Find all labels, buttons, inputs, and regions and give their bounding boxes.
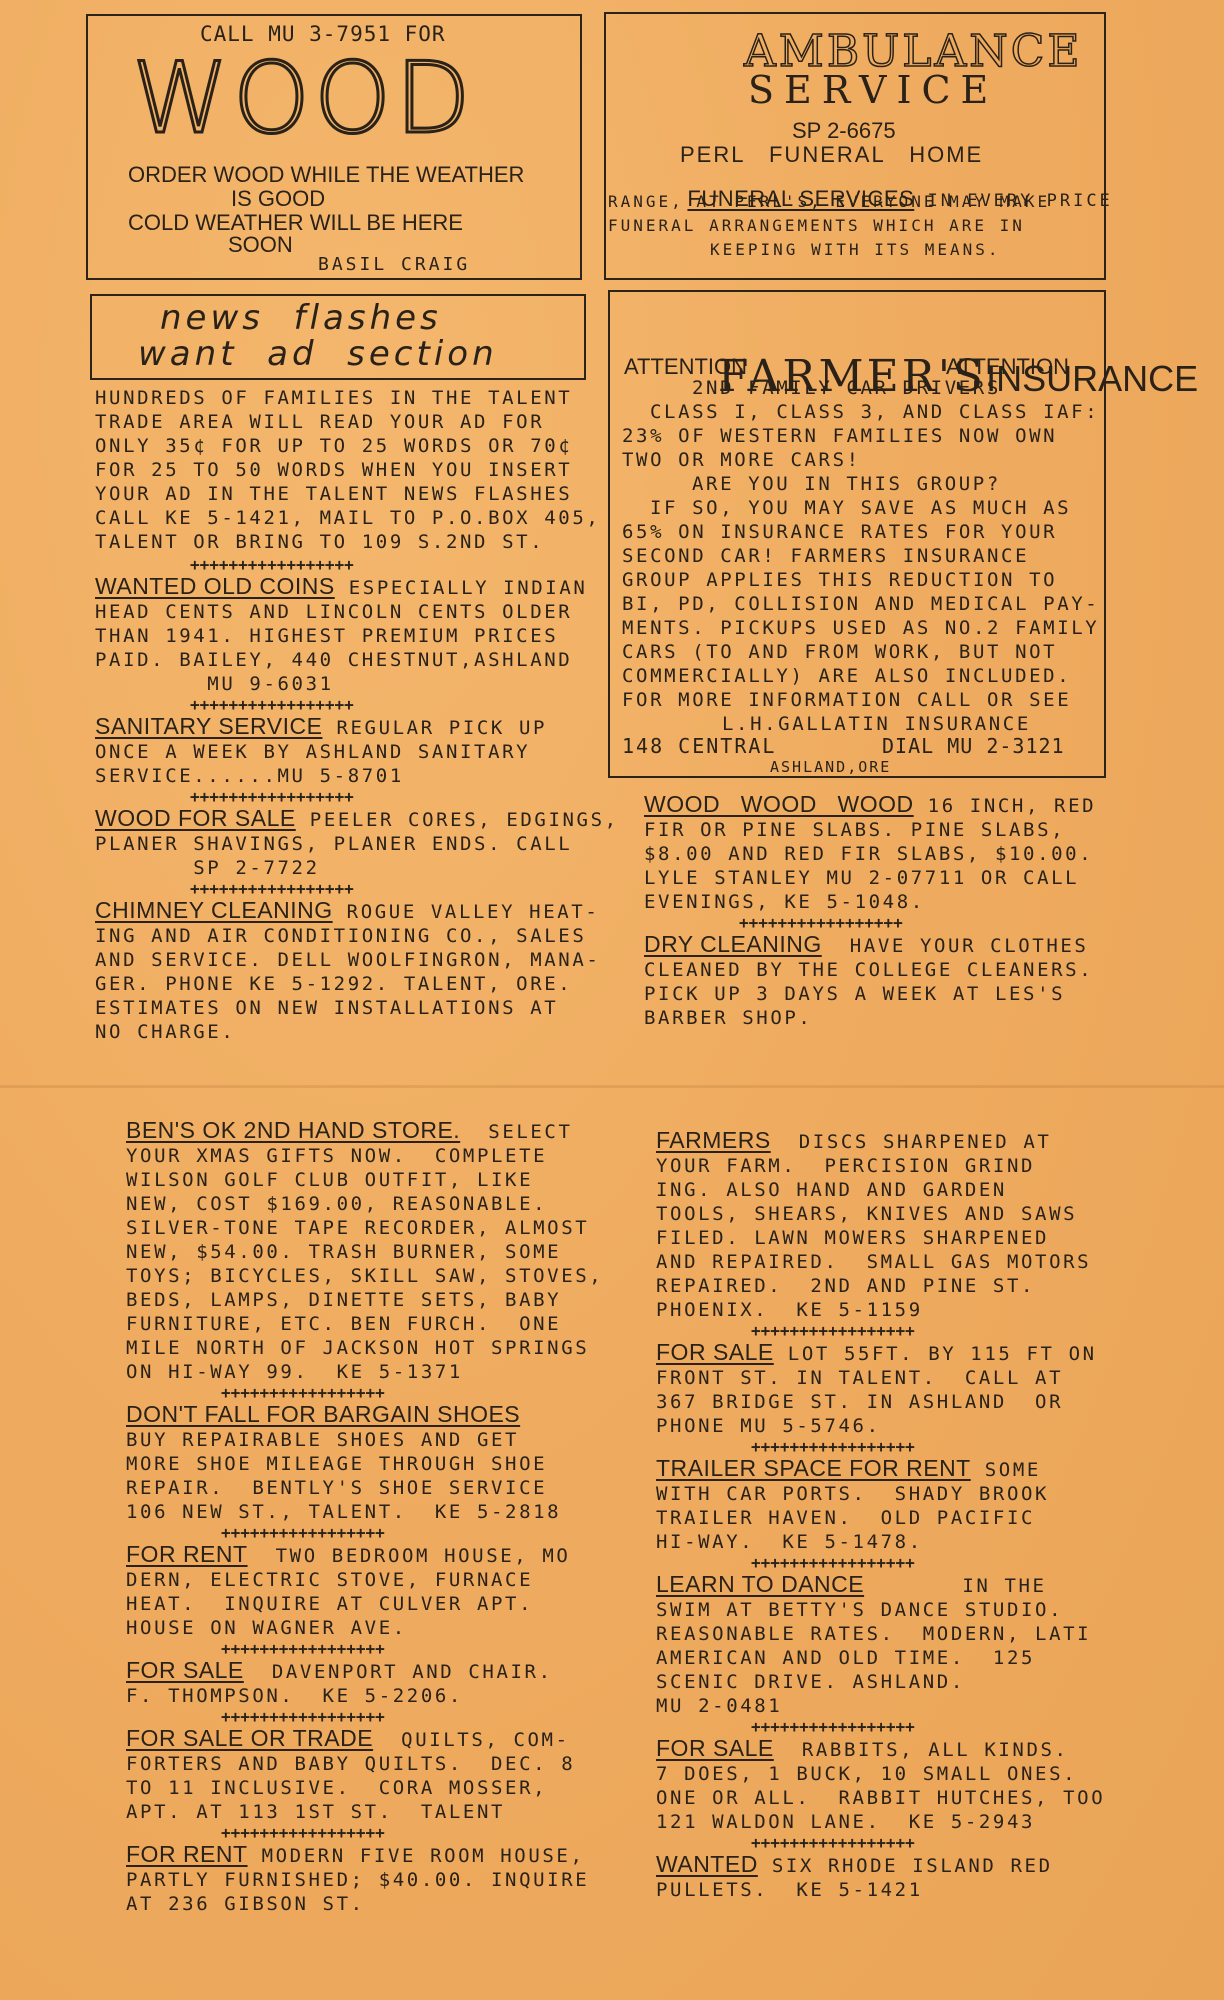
intro-line: Hundreds of families in the Talent	[95, 386, 605, 410]
separator: +++++++++++++++++	[126, 1824, 626, 1842]
classified-ad: TRAILER SPACE FOR RENT somewith car port…	[656, 1456, 1136, 1554]
farmers-line: two or more cars!	[622, 448, 1099, 472]
classified-ad: FOR SALE Lot 55ft. by 115 ft onFront St.…	[656, 1340, 1136, 1438]
ad-title: FOR RENT	[126, 1841, 248, 1867]
ad-line: Hi-way. KE 5-1478.	[656, 1530, 1136, 1554]
ad-line: no charge.	[95, 1020, 615, 1044]
ad-title: WOOD WOOD WOOD	[644, 791, 914, 817]
ad-line: forters and baby quilts. Dec. 8	[126, 1752, 626, 1776]
ad-title: FOR SALE	[656, 1735, 774, 1761]
separator: +++++++++++++++++	[95, 696, 615, 714]
wood-line-3: COLD WEATHER WILL BE HERE	[128, 210, 463, 236]
ad-title: DON'T FALL FOR BARGAIN SHOES	[126, 1401, 520, 1427]
ad-line: Reasonable rates. Modern, Lati	[656, 1622, 1136, 1646]
ambulance-phone: SP 2-6675	[792, 118, 896, 144]
farmers-phone: Dial MU 2-3121	[882, 734, 1065, 758]
intro-line: Call KE 5-1421, mail to P.O.Box 405,	[95, 506, 605, 530]
classified-ad: DRY CLEANING Have your clothescleaned by…	[644, 932, 1124, 1030]
ad-title: WANTED	[656, 1851, 758, 1877]
ad-line: One or all. Rabbit Hutches, too	[656, 1786, 1136, 1810]
wood-line-4: SOON	[228, 232, 293, 258]
classified-ad: WOOD WOOD WOOD 16 inch, redfir or pine s…	[644, 792, 1124, 914]
ambulance-line-3: FUNERAL ARRANGEMENTS WHICH ARE IN	[608, 216, 1025, 235]
classified-ad: CHIMNEY CLEANING Rogue Valley Heat-ing a…	[95, 898, 615, 1044]
ad-line: filed. Lawn mowers sharpened	[656, 1226, 1136, 1250]
ad-line: new, cost $169.00, reasonable.	[126, 1192, 626, 1216]
ad-line: house on Wagner Ave.	[126, 1616, 626, 1640]
classified-ad: FOR RENT Modern five room house,partly f…	[126, 1842, 626, 1916]
ad-line: Lyle Stanley MU 2-07711 or call	[644, 866, 1124, 890]
ad-line: Estimates on new installations at	[95, 996, 615, 1020]
ad-line: mile north of Jackson Hot Springs	[126, 1336, 626, 1360]
ad-line: your farm. Percision grind	[656, 1154, 1136, 1178]
farmers-line: 65% on insurance rates for your	[622, 520, 1099, 544]
ad-line: ing. Also hand and garden	[656, 1178, 1136, 1202]
ad-title: CHIMNEY CLEANING	[95, 897, 333, 923]
intro-line: for 25 to 50 words when you insert	[95, 458, 605, 482]
ad-line: fir or pine slabs. Pine slabs,	[644, 818, 1124, 842]
farmers-address: 148 Central	[622, 734, 776, 758]
wood-headline: WOOD	[132, 42, 475, 156]
ad-line: 7 does, 1 buck, 10 small ones.	[656, 1762, 1136, 1786]
ad-line: MORE SHOE MILEAGE through SHOE	[126, 1452, 626, 1476]
ad-line: MU 2-0481	[656, 1694, 1136, 1718]
classified-ad: BEN'S OK 2ND HAND STORE. SELECTYOUR XMAS…	[126, 1118, 626, 1384]
ad-line: F. Thompson. KE 5-2206.	[126, 1684, 626, 1708]
separator: +++++++++++++++++	[656, 1438, 1136, 1456]
ad-line: Phoenix. KE 5-1159	[656, 1298, 1136, 1322]
ad-line: head cents and Lincoln cents older	[95, 600, 615, 624]
farmers-line: commercially) are also included.	[622, 664, 1099, 688]
intro-line: only 35¢ for up to 25 words or 70¢	[95, 434, 605, 458]
separator: +++++++++++++++++	[126, 1640, 626, 1658]
intro-line: Talent or bring to 109 S.2nd St.	[95, 530, 605, 554]
ad-title: FOR SALE	[126, 1657, 244, 1683]
ad-line: LEARN TO DANCE in the	[656, 1572, 1136, 1598]
farmers-line: ments. Pickups used as No.2 family	[622, 616, 1099, 640]
ad-line: Silver-tone tape recorder, almost	[126, 1216, 626, 1240]
classified-ad: FOR RENT Two bedroom house, modern, elec…	[126, 1542, 626, 1640]
ad-title: BEN'S OK 2ND HAND STORE.	[126, 1117, 460, 1143]
ad-title: WOOD FOR SALE	[95, 805, 296, 831]
ad-title: DRY CLEANING	[644, 931, 822, 957]
left-ads-column: +++++++++++++++++WANTED OLD COINS especi…	[95, 556, 615, 1044]
separator: +++++++++++++++++	[126, 1708, 626, 1726]
ad-line: DON'T FALL FOR BARGAIN SHOES	[126, 1402, 626, 1428]
ad-line: Wilson golf club outfit, like	[126, 1168, 626, 1192]
classified-ad: WOOD FOR SALE peeler cores, edgings,plan…	[95, 806, 615, 880]
farmers-line: BI, PD, Collision and Medical Pay-	[622, 592, 1099, 616]
separator: +++++++++++++++++	[644, 914, 1124, 932]
ad-line: swim at Betty's Dance Studio.	[656, 1598, 1136, 1622]
ad-line: Pick up 3 days a week at LES'S	[644, 982, 1124, 1006]
lower-right-ads-column: FARMERS DISCS SHARPENED atyour farm. Per…	[656, 1128, 1136, 1902]
farmers-line: For more information call or see	[622, 688, 1099, 712]
classified-ad: SANITARY SERVICE Regular pick uponce a w…	[95, 714, 615, 788]
masthead-box: news flashes want ad section	[90, 294, 586, 380]
classified-ad: WANTED Six Rhode Island Redpullets. KE 5…	[656, 1852, 1136, 1902]
ad-line: WOOD FOR SALE peeler cores, edgings,	[95, 806, 615, 832]
ad-line: new, $54.00. Trash burner, some	[126, 1240, 626, 1264]
farmers-line: Class I, Class 3, and Class IAF:	[622, 400, 1099, 424]
ambulance-business: PERL FUNERAL HOME	[680, 142, 983, 168]
ad-line: Trailer Haven. Old Pacific	[656, 1506, 1136, 1530]
ad-line: $8.00 and red fir slabs, $10.00.	[644, 842, 1124, 866]
farmers-line: ARE YOU IN THIS GROUP?	[622, 472, 1099, 496]
ad-line: BUY REPAIRABLE SHOES and get	[126, 1428, 626, 1452]
wood-line-2: IS GOOD	[231, 186, 325, 212]
ambulance-line-4: KEEPING WITH ITS MEANS.	[710, 240, 1001, 259]
ad-line: FOR SALE Lot 55ft. by 115 ft on	[656, 1340, 1136, 1366]
classified-ad: LEARN TO DANCE in theswim at Betty's Dan…	[656, 1572, 1136, 1718]
right-ads-column: WOOD WOOD WOOD 16 inch, redfir or pine s…	[644, 792, 1124, 1030]
ad-line: DRY CLEANING Have your clothes	[644, 932, 1124, 958]
ad-line: to 11 inclusive. Cora Mosser,	[126, 1776, 626, 1800]
separator: +++++++++++++++++	[656, 1718, 1136, 1736]
ad-title: TRAILER SPACE FOR RENT	[656, 1455, 971, 1481]
ad-line: ger. Phone KE 5-1292. Talent, Ore.	[95, 972, 615, 996]
ad-line: YOUR XMAS GIFTS NOW. Complete	[126, 1144, 626, 1168]
ad-line: cleaned by the College Cleaners.	[644, 958, 1124, 982]
ambulance-line-2: RANGE, AT PERL'S, EVERYONE MAY MAKE	[608, 192, 1050, 211]
intro-line: your ad in the TALENT NEWS FLASHES	[95, 482, 605, 506]
farmers-line: L.H.GALLATIN INSURANCE	[622, 712, 1099, 736]
ambulance-ad-box: AMBULANCE SERVICE SP 2-6675 PERL FUNERAL…	[604, 12, 1106, 280]
ad-line: toys; bicycles, skill saw, stoves,	[126, 1264, 626, 1288]
classified-ad: FARMERS DISCS SHARPENED atyour farm. Per…	[656, 1128, 1136, 1322]
classified-ad: FOR SALE OR TRADE Quilts, com-forters an…	[126, 1726, 626, 1824]
ad-line: REPAIR. Bently's Shoe Service	[126, 1476, 626, 1500]
ad-line: repaired. 2nd and Pine St.	[656, 1274, 1136, 1298]
separator: +++++++++++++++++	[95, 880, 615, 898]
classified-ad: DON'T FALL FOR BARGAIN SHOESBUY REPAIRAB…	[126, 1402, 626, 1524]
ad-line: BEN'S OK 2ND HAND STORE. SELECT	[126, 1118, 626, 1144]
ad-line: SANITARY SERVICE Regular pick up	[95, 714, 615, 740]
ad-line: paid. BAILEY, 440 Chestnut,Ashland	[95, 648, 615, 672]
ad-line: 121 Waldon Lane. KE 5-2943	[656, 1810, 1136, 1834]
ad-line: and repaired. Small gas motors	[656, 1250, 1136, 1274]
farmers-line: 2ND FAMILY CAR DRIVERS	[622, 376, 1099, 400]
ad-line: 367 Bridge St. in Ashland or	[656, 1390, 1136, 1414]
ad-line: ing and Air Conditioning Co., sales	[95, 924, 615, 948]
ad-line: SERVICE......MU 5-8701	[95, 764, 615, 788]
separator: +++++++++++++++++	[656, 1554, 1136, 1572]
ad-line: once a week by ASHLAND SANITARY	[95, 740, 615, 764]
ad-line: Phone MU 5-5746.	[656, 1414, 1136, 1438]
ad-line: FOR SALE Davenport and chair.	[126, 1658, 626, 1684]
ad-line: beds, lamps, dinette sets, baby	[126, 1288, 626, 1312]
wood-ad-box: CALL MU 3-7951 FOR WOOD ORDER WOOD WHILE…	[86, 14, 582, 280]
separator: +++++++++++++++++	[95, 788, 615, 806]
separator: +++++++++++++++++	[656, 1834, 1136, 1852]
ad-title: FOR SALE OR TRADE	[126, 1725, 373, 1751]
farmers-line: cars (to and from work, but not	[622, 640, 1099, 664]
ad-title: LEARN TO DANCE	[656, 1571, 864, 1597]
ad-title: FARMERS	[656, 1127, 771, 1153]
ad-line: American and old time. 125	[656, 1646, 1136, 1670]
farmers-line: 23% of Western families now own	[622, 424, 1099, 448]
ad-line: Apt. at 113 1st St. Talent	[126, 1800, 626, 1824]
ad-line: than 1941. Highest premium prices	[95, 624, 615, 648]
masthead-line-1: news flashes	[160, 298, 442, 338]
ad-line: FARMERS DISCS SHARPENED at	[656, 1128, 1136, 1154]
farmers-line: Group applies this reduction to	[622, 568, 1099, 592]
classified-ad: FOR SALE Davenport and chair.F. Thompson…	[126, 1658, 626, 1708]
intro-block: Hundreds of families in the Talent Trade…	[95, 386, 605, 554]
ad-line: tools, shears, knives and saws	[656, 1202, 1136, 1226]
ad-line: on Hi-way 99. KE 5-1371	[126, 1360, 626, 1384]
wood-signature: Basil Craig	[318, 254, 470, 275]
ad-line: MU 9-6031	[95, 672, 615, 696]
farmers-line: If so, you may save as much as	[622, 496, 1099, 520]
masthead-line-2: want ad section	[138, 334, 498, 374]
ad-line: SP 2-7722	[95, 856, 615, 880]
ad-line: WANTED OLD COINS especially Indian	[95, 574, 615, 600]
ad-line: FOR SALE OR TRADE Quilts, com-	[126, 1726, 626, 1752]
intro-line: Trade Area will read your ad for	[95, 410, 605, 434]
separator: +++++++++++++++++	[126, 1384, 626, 1402]
ad-line: BARBER SHOP.	[644, 1006, 1124, 1030]
ad-line: TRAILER SPACE FOR RENT some	[656, 1456, 1136, 1482]
newsletter-page: CALL MU 3-7951 FOR WOOD ORDER WOOD WHILE…	[0, 0, 1224, 2000]
ad-title: WANTED OLD COINS	[95, 573, 335, 599]
paper-fold	[0, 1085, 1224, 1088]
ad-line: FOR RENT Modern five room house,	[126, 1842, 626, 1868]
lower-left-ads-column: BEN'S OK 2ND HAND STORE. SELECTYOUR XMAS…	[126, 1118, 626, 1916]
ad-line: pullets. KE 5-1421	[656, 1878, 1136, 1902]
ad-title: SANITARY SERVICE	[95, 713, 322, 739]
ad-line: evenings, KE 5-1048.	[644, 890, 1124, 914]
ad-line: and service. Dell Woolfingron, mana-	[95, 948, 615, 972]
ad-title: FOR SALE	[656, 1339, 774, 1365]
ad-line: FOR RENT Two bedroom house, mo	[126, 1542, 626, 1568]
wood-line-1: ORDER WOOD WHILE THE WEATHER	[128, 162, 524, 188]
ad-line: Front St. in Talent. Call at	[656, 1366, 1136, 1390]
separator: +++++++++++++++++	[656, 1322, 1136, 1340]
ad-line: CHIMNEY CLEANING Rogue Valley Heat-	[95, 898, 615, 924]
ad-title: FOR RENT	[126, 1541, 248, 1567]
separator: +++++++++++++++++	[126, 1524, 626, 1542]
ad-line: furniture, etc. Ben Furch. One	[126, 1312, 626, 1336]
ad-line: with car ports. Shady Brook	[656, 1482, 1136, 1506]
ad-line: heat. Inquire at Culver Apt.	[126, 1592, 626, 1616]
ad-line: WANTED Six Rhode Island Red	[656, 1852, 1136, 1878]
farmers-city: ASHLAND,ORE	[770, 758, 891, 776]
farmers-line: second car! Farmers Insurance	[622, 544, 1099, 568]
ad-line: dern, electric stove, furnace	[126, 1568, 626, 1592]
farmers-insurance-box: FARMER'SINSURANCE ATTENTION ATTENTION 2N…	[608, 290, 1106, 778]
ad-line: planer shavings, planer ends. Call	[95, 832, 615, 856]
separator: +++++++++++++++++	[95, 556, 615, 574]
ambulance-subheadline: SERVICE	[748, 68, 998, 112]
ad-line: Scenic Drive. Ashland.	[656, 1670, 1136, 1694]
classified-ad: WANTED OLD COINS especially Indianhead c…	[95, 574, 615, 696]
ad-line: WOOD WOOD WOOD 16 inch, red	[644, 792, 1124, 818]
farmers-body: 2ND FAMILY CAR DRIVERS Class I, Class 3,…	[622, 376, 1099, 736]
classified-ad: FOR SALE Rabbits, all kinds.7 does, 1 bu…	[656, 1736, 1136, 1834]
ad-line: FOR SALE Rabbits, all kinds.	[656, 1736, 1136, 1762]
ad-line: at 236 Gibson St.	[126, 1892, 626, 1916]
ad-line: partly furnished; $40.00. Inquire	[126, 1868, 626, 1892]
ad-line: 106 New St., Talent. KE 5-2818	[126, 1500, 626, 1524]
